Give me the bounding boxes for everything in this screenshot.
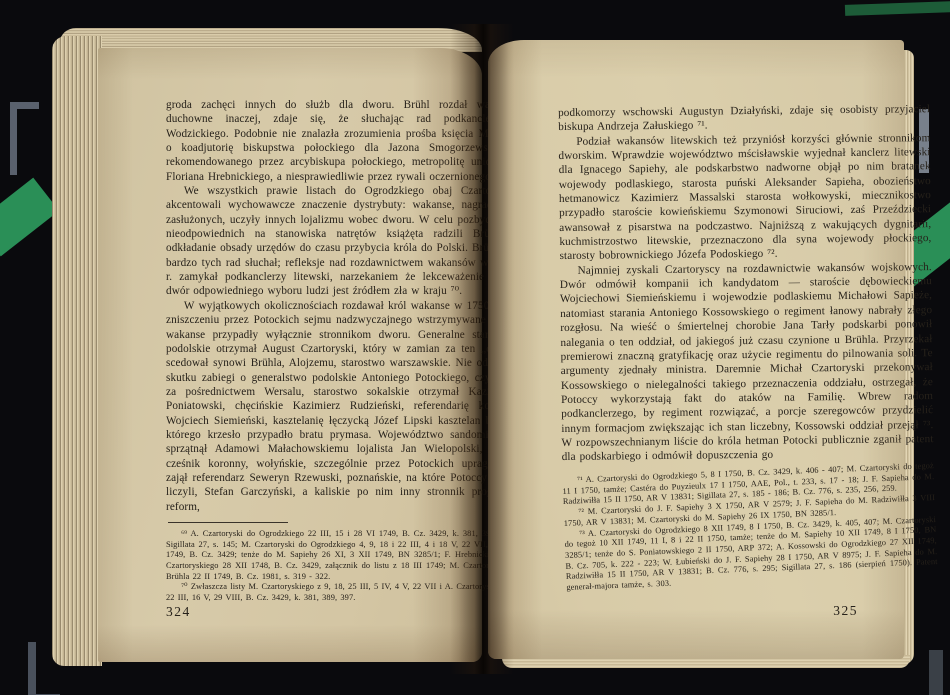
paragraph: Najmniej zyskali Czartoryscy na rozdawni… — [560, 260, 934, 465]
background-gray-bar-bottom-right — [929, 650, 943, 695]
background-corner-bracket-top-left — [10, 102, 39, 175]
page-number-right: 325 — [833, 603, 858, 619]
background-green-stripe-top-right — [845, 1, 950, 16]
page-left-surface: groda zachęci innych do służb dla dworu.… — [98, 48, 482, 662]
page-number-left: 324 — [166, 604, 191, 620]
page-left: groda zachęci innych do służb dla dworu.… — [52, 28, 482, 668]
paragraph: groda zachęci innych do służb dla dworu.… — [166, 98, 516, 184]
page-right-footnotes: ⁷¹ A. Czartoryski do Ogrodzkiego 5, 8 I … — [562, 461, 938, 594]
screenshot-root: { "colors": { "background": "#0a0a0d", "… — [0, 0, 950, 695]
book-spread: groda zachęci innych do służb dla dworu.… — [52, 24, 914, 674]
footnote: ⁷⁰ Zwłaszcza listy M. Czartoryskiego z 9… — [166, 582, 516, 603]
paragraph: Podział wakansów litewskich też przyniós… — [558, 131, 931, 264]
page-left-text-column: groda zachęci innych do służb dla dworu.… — [166, 98, 516, 604]
page-left-footnotes: ⁶⁹ A. Czartoryski do Ogrodzkiego 22 III,… — [166, 529, 516, 604]
page-right-surface: podkomorzy wschowski Augustyn Działyński… — [488, 40, 904, 659]
footnote-separator-rule — [168, 522, 288, 523]
page-right-text-column: podkomorzy wschowski Augustyn Działyński… — [558, 102, 935, 593]
page-left-side-edge-stack — [52, 36, 102, 666]
paragraph: W wyjątkowych okolicznościach rozdawał k… — [166, 299, 516, 514]
paragraph: We wszystkich prawie listach do Ogrodzki… — [166, 184, 516, 299]
page-right: podkomorzy wschowski Augustyn Działyński… — [488, 36, 914, 668]
footnote: ⁶⁹ A. Czartoryski do Ogrodzkiego 22 III,… — [166, 529, 516, 583]
paragraph: podkomorzy wschowski Augustyn Działyński… — [558, 102, 930, 135]
background-green-stripe-left — [0, 178, 59, 257]
